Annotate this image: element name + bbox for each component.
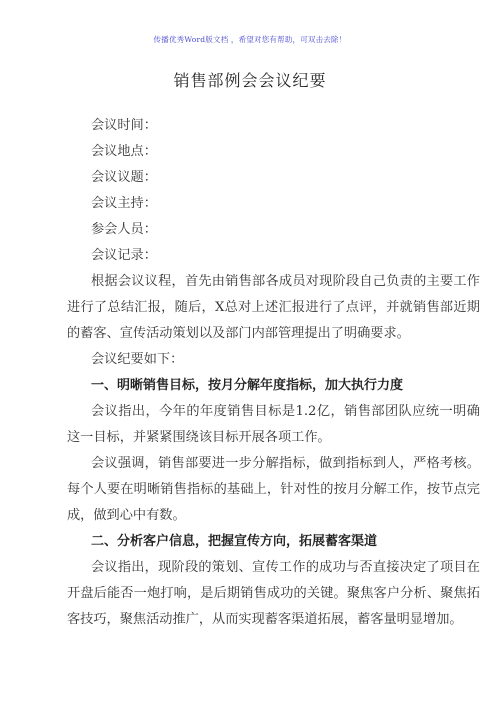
document-page: 传播优秀Word版文档 ，希望对您有帮助，可双击去除！ 销售部例会会议纪要 会议…: [0, 0, 500, 708]
section-1-paragraph-1: 会议指出，今年的年度销售目标是1.2亿，销售部团队应统一明确这一目标，并紧紧围绕…: [67, 399, 480, 451]
field-meeting-host: 会议主持：: [67, 191, 480, 217]
summary-label: 会议纪要如下：: [67, 347, 480, 373]
document-body: 会议时间： 会议地点： 会议议题： 会议主持： 参会人员： 会议记录： 根据会议…: [67, 113, 480, 633]
document-title: 销售部例会会议纪要: [0, 68, 500, 91]
field-meeting-location: 会议地点：: [67, 139, 480, 165]
section-2-paragraph-1: 会议指出，现阶段的策划、宣传工作的成功与否直接决定了项目在开盘后能否一炮打响，是…: [67, 555, 480, 633]
section-heading-1: 一、明晰销售目标，按月分解年度指标，加大执行力度: [67, 373, 480, 399]
field-meeting-topic: 会议议题：: [67, 165, 480, 191]
watermark-header: 传播优秀Word版文档 ，希望对您有帮助，可双击去除！: [0, 34, 500, 45]
field-meeting-record: 会议记录：: [67, 243, 480, 269]
intro-paragraph: 根据会议议程，首先由销售部各成员对现阶段自己负责的主要工作进行了总结汇报，随后，…: [67, 269, 480, 347]
section-1-paragraph-2: 会议强调，销售部要进一步分解指标，做到指标到人，严格考核。每个人要在明晰销售指标…: [67, 451, 480, 529]
section-heading-2: 二、分析客户信息，把握宣传方向，拓展蓄客渠道: [67, 529, 480, 555]
field-attendees: 参会人员：: [67, 217, 480, 243]
field-meeting-time: 会议时间：: [67, 113, 480, 139]
